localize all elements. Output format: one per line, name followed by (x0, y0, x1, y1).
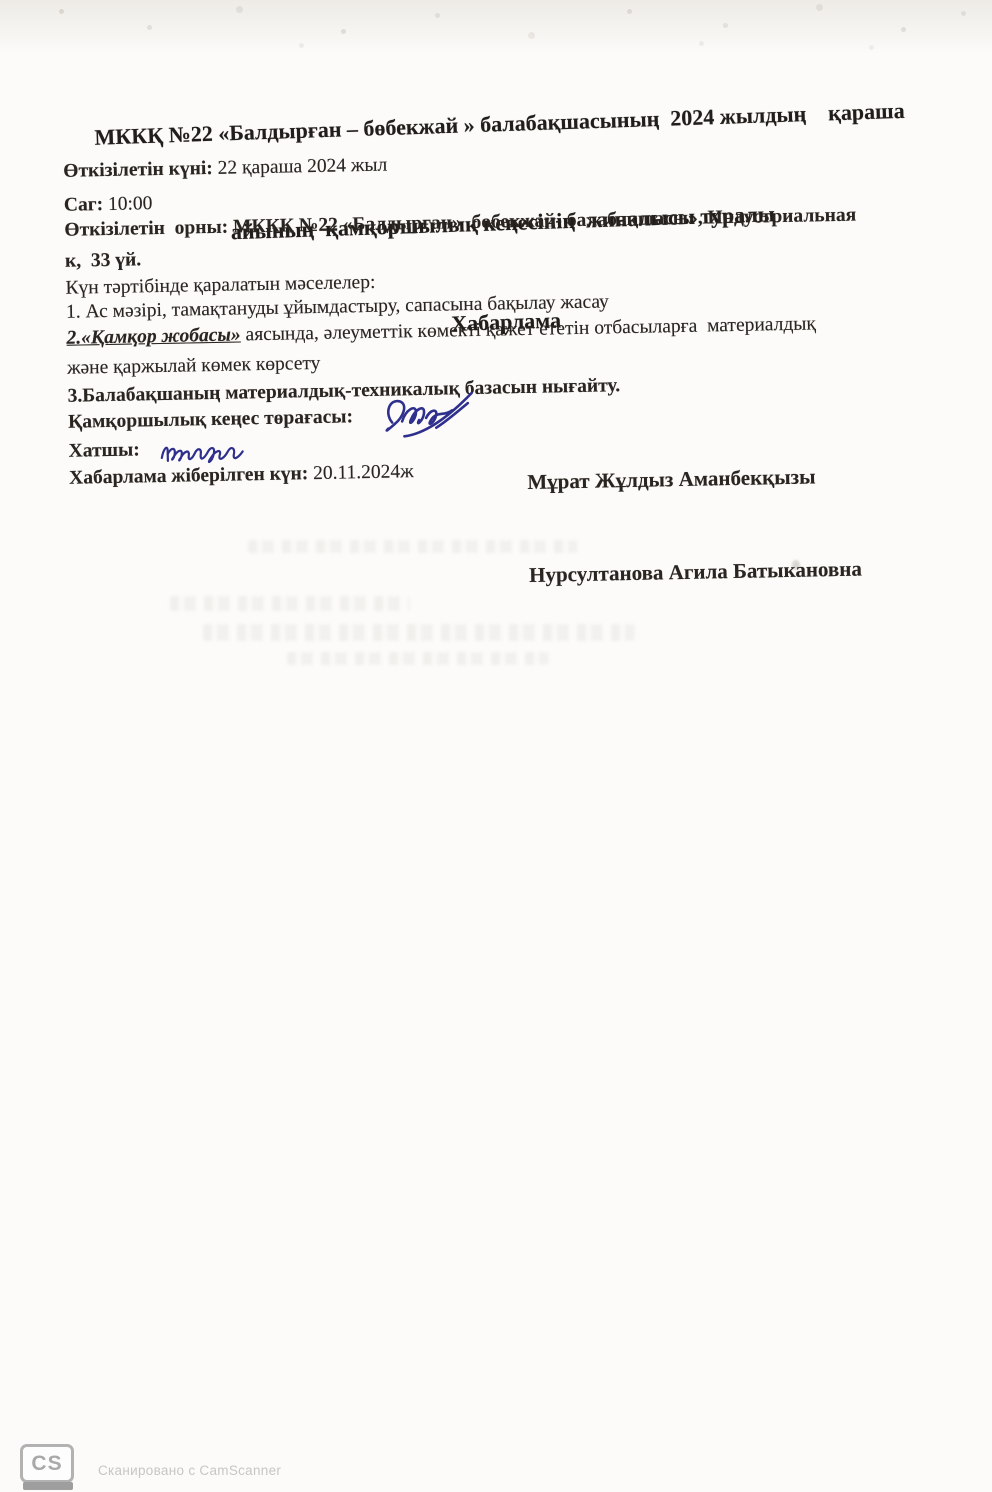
chairman-label: Қамқоршылық кеңес төрағасы: (68, 404, 353, 435)
meeting-time-line: Саг: 10:00 (64, 191, 153, 219)
notice-sent-value: 20.11.2024ж (308, 461, 414, 484)
secretary-name: Нурсултанова Агила Батыкановна (529, 554, 862, 591)
ghost-text-artifact (203, 624, 635, 641)
signatory-names: Мұрат Жұлдыз Аманбекқызы Нурсултанова Аг… (526, 399, 863, 653)
camscanner-logo-icon: CS (20, 1444, 74, 1483)
camscanner-caption: Сканировано с CamScanner (98, 1463, 281, 1478)
scanned-document-page: МККҚ №22 «Балдырған – бөбекжай » балабақ… (0, 0, 992, 1492)
secretary-label: Хатшы: (68, 437, 140, 464)
agenda-item-2-emphasis: 2.«Қамқор жобасы» (66, 324, 241, 348)
meeting-place-continuation: к, 33 үй. (65, 247, 142, 274)
meeting-date-label: Өткізілетін күні: (63, 158, 213, 182)
meeting-place-label: Өткізілетін орны: (64, 217, 228, 241)
title-line-1: МККҚ №22 «Балдырған – бөбекжай » балабақ… (58, 93, 941, 155)
camscanner-logo: CS (20, 1444, 76, 1490)
meeting-time-value: 10:00 (103, 193, 153, 215)
chairman-signature (376, 389, 481, 454)
secretary-signature (156, 436, 251, 471)
camscanner-logo-bar (23, 1482, 73, 1490)
agenda-item-2-continuation: және қаржылай көмек көрсету (67, 351, 321, 382)
chairman-name: Мұрат Жұлдыз Аманбекқызы (527, 461, 860, 498)
ghost-text-artifact (170, 596, 410, 611)
meeting-time-label: Саг: (64, 194, 104, 216)
meeting-date-value: 22 қараша 2024 жыл (213, 155, 388, 179)
ghost-text-artifact (248, 540, 578, 553)
ghost-dot-artifact (792, 560, 800, 570)
document-content: МККҚ №22 «Балдырған – бөбекжай » балабақ… (0, 0, 992, 1492)
camscanner-watermark: CS Сканировано с CamScanner (20, 1444, 281, 1490)
ghost-text-artifact (287, 652, 549, 665)
